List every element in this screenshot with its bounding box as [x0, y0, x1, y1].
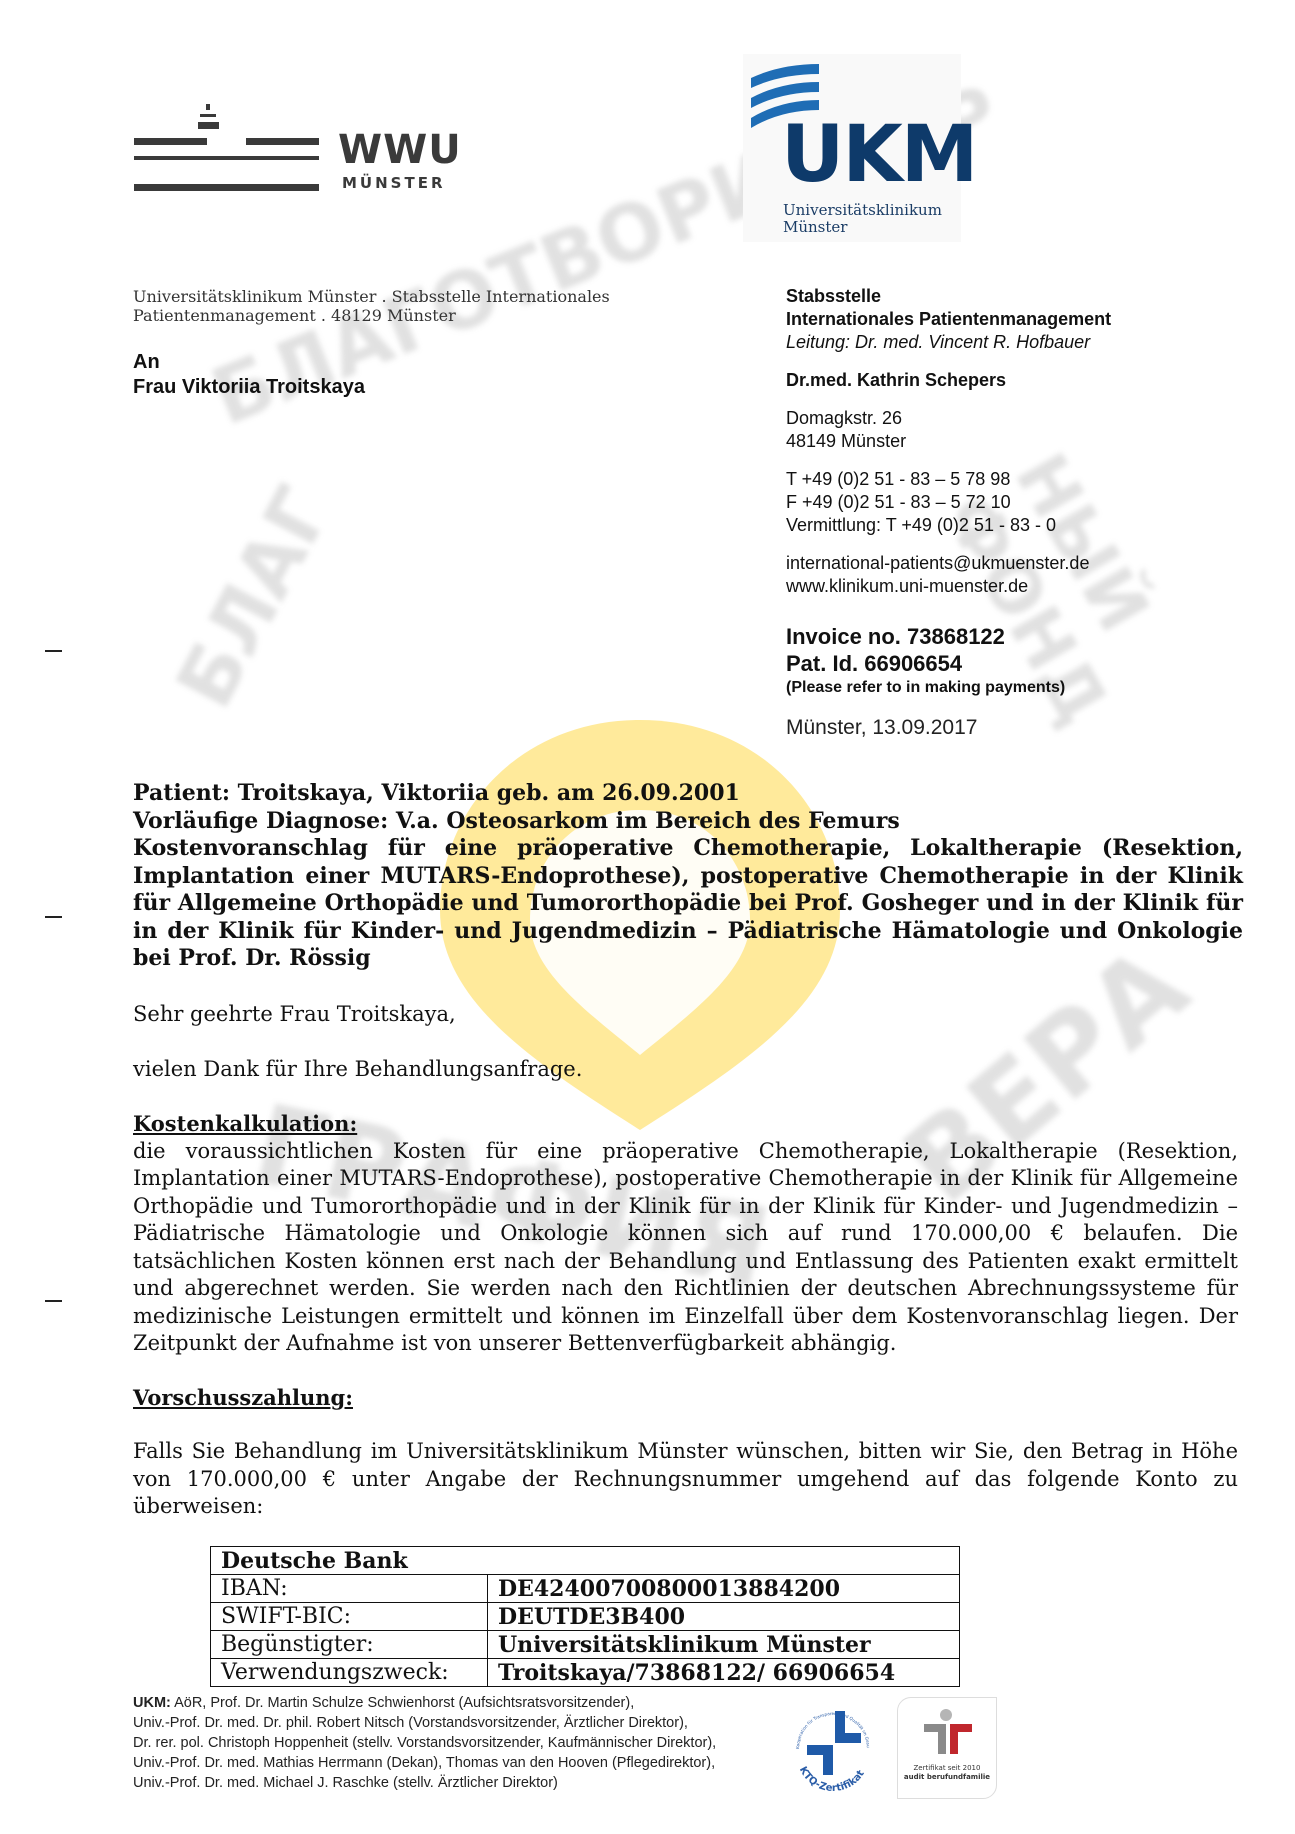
ukm-logo: UKM Universitätsklinikum Münster — [743, 54, 961, 242]
return-address: Universitätsklinikum Münster . Stabsstel… — [133, 287, 610, 325]
subject-patient: Patient: Troitskaya, Viktoriia geb. am 2… — [133, 780, 1243, 808]
contact-city: 48149 Münster — [786, 430, 1206, 453]
letter-thanks: vielen Dank für Ihre Behandlungsanfrage. — [133, 1056, 1238, 1084]
bank-label-iban: IBAN: — [211, 1575, 488, 1603]
bank-label-beneficiary: Begünstigter: — [211, 1631, 488, 1659]
advance-heading-block: Vorschusszahlung: — [133, 1384, 1238, 1412]
table-row: Verwendungszweck: Troitskaya/73868122/ 6… — [211, 1659, 960, 1687]
recipient-block: An Frau Viktoriia Troitskaya — [133, 350, 365, 400]
cost-text: die voraussichtlichen Kosten für eine pr… — [133, 1138, 1238, 1358]
wwu-logo: WWU MÜNSTER — [132, 100, 462, 200]
berufundfamilie-certificate: Zertifikat seit 2010 audit berufundfamil… — [897, 1697, 997, 1799]
watermark-text-left: БЛАГ — [160, 473, 349, 722]
bank-name-row: Deutsche Bank — [211, 1547, 960, 1575]
contact-email-link[interactable]: international-patients@ukmuenster.de — [786, 552, 1206, 575]
department-line2: Internationales Patientenmanagement — [786, 308, 1206, 331]
cost-section: Kostenkalkulation: die voraussichtlichen… — [133, 1110, 1238, 1358]
payment-reference-note: (Please refer to in making payments) — [786, 677, 1206, 698]
bank-name: Deutsche Bank — [211, 1547, 960, 1575]
contact-block: Stabsstelle Internationales Patientenman… — [786, 285, 1206, 739]
table-row: SWIFT-BIC: DEUTDE3B400 — [211, 1603, 960, 1631]
footer-label: UKM: — [133, 1695, 171, 1711]
subject-estimate: Kostenvoranschlag für eine präoperative … — [133, 835, 1243, 973]
table-row: IBAN: DE42400700800013884200 — [211, 1575, 960, 1603]
recipient-name: Frau Viktoriia Troitskaya — [133, 375, 365, 400]
contact-fax: F +49 (0)2 51 - 83 – 5 72 10 — [786, 491, 1206, 514]
footer-line3: Dr. rer. pol. Christoph Hoppenheit (stel… — [133, 1733, 716, 1753]
bank-value-reference: Troitskaya/73868122/ 66906654 — [488, 1659, 960, 1687]
letter-greeting: Sehr geehrte Frau Troitskaya, — [133, 1001, 1238, 1029]
ukm-logo-sub-line1: Universitätsklinikum — [783, 202, 942, 219]
return-address-line1: Universitätsklinikum Münster . Stabsstel… — [133, 287, 610, 306]
contact-street: Domagkstr. 26 — [786, 407, 1206, 430]
advance-heading: Vorschusszahlung: — [133, 1384, 1238, 1412]
invoice-number: Invoice no. 73868122 — [786, 623, 1206, 650]
department-line1: Stabsstelle — [786, 285, 1206, 308]
contact-website-link[interactable]: www.klinikum.uni-muenster.de — [786, 575, 1206, 598]
department-leader: Leitung: Dr. med. Vincent R. Hofbauer — [786, 331, 1206, 354]
contact-phone: T +49 (0)2 51 - 83 – 5 78 98 — [786, 468, 1206, 491]
fold-mark — [45, 650, 62, 652]
ukm-logo-text: UKM — [781, 116, 976, 194]
ukm-logo-subtext: Universitätsklinikum Münster — [783, 202, 942, 236]
wwu-logo-text: WWU — [338, 130, 462, 170]
contact-person: Dr.med. Kathrin Schepers — [786, 369, 1206, 392]
letter-date: Münster, 13.09.2017 — [786, 716, 1206, 739]
subject-block: Patient: Troitskaya, Viktoriia geb. am 2… — [133, 780, 1243, 973]
bank-details-table: Deutsche Bank IBAN: DE424007008000138842… — [210, 1546, 960, 1687]
bank-value-bic: DEUTDE3B400 — [488, 1603, 960, 1631]
table-row: Begünstigter: Universitätsklinikum Münst… — [211, 1631, 960, 1659]
cost-heading: Kostenkalkulation: — [133, 1110, 1238, 1138]
footer-line4: Univ.-Prof. Dr. med. Mathias Herrmann (D… — [133, 1753, 716, 1773]
contact-switchboard: Vermittlung: T +49 (0)2 51 - 83 - 0 — [786, 514, 1206, 537]
patient-id: Pat. Id. 66906654 — [786, 650, 1206, 677]
bank-label-bic: SWIFT-BIC: — [211, 1603, 488, 1631]
subject-diagnosis: Vorläufige Diagnose: V.a. Osteosarkom im… — [133, 808, 1243, 836]
bank-value-iban: DE42400700800013884200 — [488, 1575, 960, 1603]
recipient-prefix: An — [133, 350, 365, 375]
wwu-logo-subtext: MÜNSTER — [342, 176, 446, 191]
bank-value-beneficiary: Universitätsklinikum Münster — [488, 1631, 960, 1659]
fold-mark — [45, 1300, 62, 1302]
advance-text: Falls Sie Behandlung im Universitätsklin… — [133, 1438, 1238, 1521]
ukm-logo-sub-line2: Münster — [783, 219, 942, 236]
footer-line5: Univ.-Prof. Dr. med. Michael J. Raschke … — [133, 1773, 716, 1793]
return-address-line2: Patientenmanagement . 48129 Münster — [133, 306, 610, 325]
berufundfamilie-text: Zertifikat seit 2010 audit berufundfamil… — [898, 1764, 996, 1782]
bank-label-reference: Verwendungszweck: — [211, 1659, 488, 1687]
fold-mark — [45, 916, 62, 918]
berufundfamilie-icon — [920, 1708, 976, 1758]
footer-line2: Univ.-Prof. Dr. med. Dr. phil. Robert Ni… — [133, 1713, 716, 1733]
footer-line1: AöR, Prof. Dr. Martin Schulze Schwienhor… — [171, 1695, 634, 1711]
ktq-certificate-icon: Kooperation für Transparenz und Qualität… — [785, 1697, 881, 1793]
footer-board: UKM: AöR, Prof. Dr. Martin Schulze Schwi… — [133, 1693, 716, 1793]
